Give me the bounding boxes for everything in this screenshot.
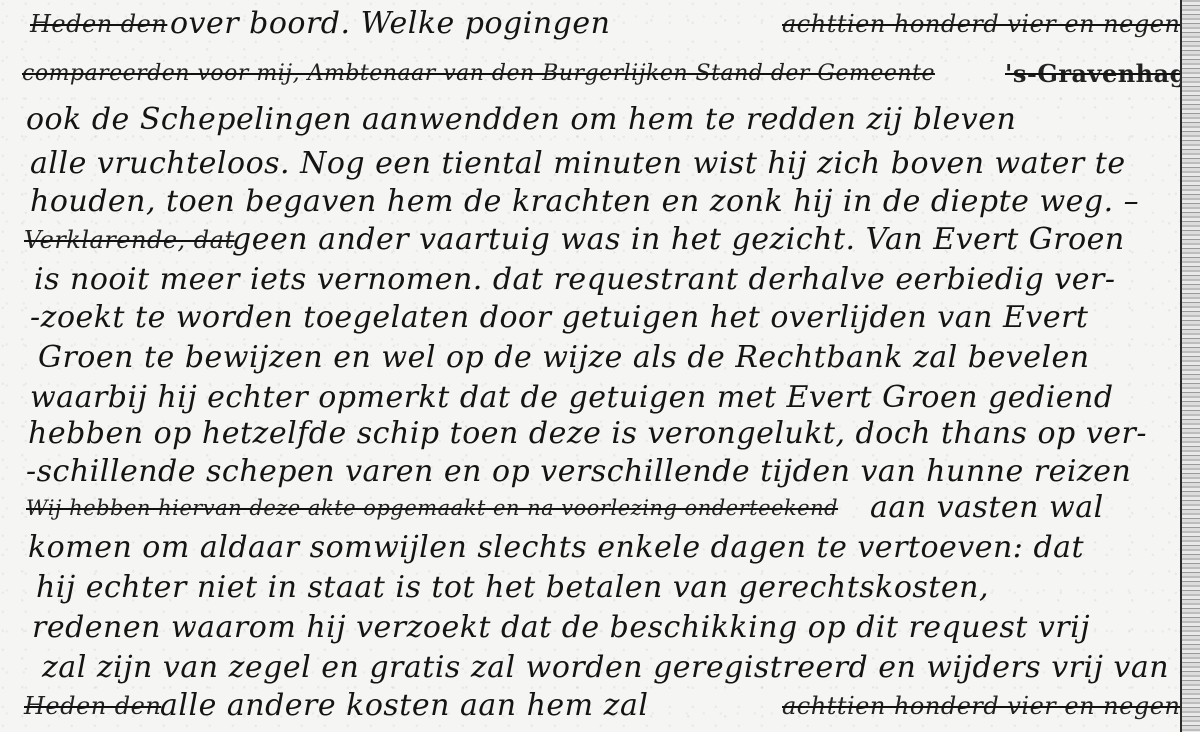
document-line: -zoekt te worden toegelaten door getuige… — [0, 296, 1180, 340]
document-page: Heden den over boord. Welke pogingen ach… — [0, 0, 1200, 732]
struck-form-text: Wij hebben hiervan deze akte opgemaakt e… — [26, 486, 838, 530]
document-line: Wij hebben hiervan deze akte opgemaakt e… — [0, 486, 1180, 530]
struck-form-text: Heden den — [30, 2, 167, 46]
struck-form-text: achttien honderd vier en negentig, — [782, 2, 1200, 46]
handwritten-text: Groen te bewijzen en wel op de wijze als… — [38, 336, 1090, 380]
struck-form-text: achttien honderd vier en negentig, — [782, 684, 1200, 728]
handwritten-text: geen ander vaartuig was in het gezicht. … — [232, 218, 1125, 262]
handwritten-text: -zoekt te worden toegelaten door getuige… — [30, 296, 1088, 340]
document-line: Groen te bewijzen en wel op de wijze als… — [0, 336, 1180, 380]
struck-form-text: Verklarende, dat — [24, 218, 235, 262]
document-line: compareerden voor mij, Ambtenaar van den… — [0, 52, 1180, 96]
page-edge-border — [1180, 0, 1200, 732]
document-line: Heden den alle andere kosten aan hem zal… — [0, 684, 1180, 728]
struck-form-text: Heden den — [24, 684, 161, 728]
handwritten-text: redenen waarom hij verzoekt dat de besch… — [32, 606, 1090, 650]
struck-form-text: 's-Gravenhage — [1005, 52, 1200, 96]
handwritten-text: aan vasten wal — [870, 486, 1104, 530]
document-line: komen om aldaar somwijlen slechts enkele… — [0, 526, 1180, 570]
handwritten-text: komen om aldaar somwijlen slechts enkele… — [28, 526, 1084, 570]
handwritten-text: alle andere kosten aan hem zal — [160, 684, 648, 728]
document-line: hij echter niet in staat is tot het beta… — [0, 566, 1180, 610]
document-line: Verklarende, dat geen ander vaartuig was… — [0, 218, 1180, 262]
document-line: ook de Schepelingen aanwendden om hem te… — [0, 98, 1180, 142]
document-line: Heden den over boord. Welke pogingen ach… — [0, 2, 1180, 46]
handwritten-text: hij echter niet in staat is tot het beta… — [36, 566, 989, 610]
struck-form-text: compareerden voor mij, Ambtenaar van den… — [22, 52, 935, 96]
document-line: redenen waarom hij verzoekt dat de besch… — [0, 606, 1180, 650]
handwritten-text: over boord. Welke pogingen — [170, 2, 610, 46]
handwritten-text: ook de Schepelingen aanwendden om hem te… — [26, 98, 1016, 142]
